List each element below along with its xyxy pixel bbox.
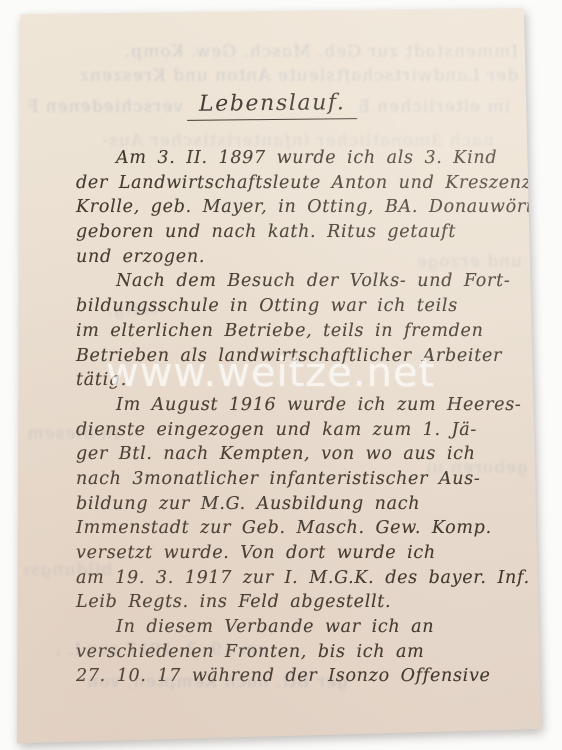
handwritten-line: dienste eingezogen und kam zum 1. Jä- [76,418,524,443]
handwritten-line: am 19. 3. 1917 zur I. M.G.K. des bayer. … [76,566,524,591]
handwritten-line: tätig. [76,368,524,393]
bleedthrough-line: verschiedenen Fronten, bis ich am [27,97,185,117]
handwritten-line: Krolle, geb. Mayer, in Otting, BA. Donau… [76,195,524,220]
handwritten-line: Im August 1916 wurde ich zum Heeres- [76,393,524,418]
document-page: Immenstadt zur Geb. Masch. Gew. Komp. de… [0,0,562,750]
bleedthrough-line: und erzogen. [417,252,524,272]
paper-shadow: Immenstadt zur Geb. Masch. Gew. Komp. de… [0,0,562,750]
handwritten-line: Betrieben als landwirtschaftlicher Arbei… [76,344,524,369]
handwritten-line: Nach dem Besuch der Volks- und Fort- [76,269,524,294]
handwritten-line: geboren und nach kath. Ritus getauft [76,220,524,245]
handwritten-line: Am 3. II. 1897 wurde ich als 3. Kind [76,146,524,171]
handwritten-line: der Landwirtschaftsleute Anton und Kresz… [76,171,524,196]
bleedthrough-line: geboren und nach kath. Ritus getauft [427,458,530,478]
bleedthrough-line: ger Btl. nach Kempten, von wo aus ich [87,672,350,692]
handwritten-line: In diesem Verbande war ich an [76,615,524,640]
document-title: Lebenslauf. [187,90,358,121]
bleedthrough-line: bildungsschule in Otting war ich teils [23,560,114,580]
handwritten-line: nach 3monatlicher infanteristischer Aus- [76,467,524,492]
handwritten-line: Immenstadt zur Geb. Masch. Gew. Komp. [76,516,524,541]
bleedthrough-line: der Landwirtschaftsleute Anton und Kresz… [57,66,520,86]
handwritten-body: Am 3. II. 1897 wurde ich als 3. Kind der… [76,146,524,689]
bleedthrough-line: Immenstadt zur Geb. Masch. Gew. Komp. [65,42,520,62]
handwritten-line: 27. 10. 17 während der Isonzo Offensive [76,664,524,689]
photo-of-document: Immenstadt zur Geb. Masch. Gew. Komp. de… [0,0,562,750]
handwritten-line: im elterlichen Betriebe, teils in fremde… [76,319,524,344]
handwritten-line: versetzt wurde. Von dort wurde ich [76,541,524,566]
handwritten-line: Leib Regts. ins Feld abgestellt. [76,590,524,615]
bleedthrough-line: nach 3monatlicher infanteristischer Aus- [83,131,496,151]
bleedthrough-line: im elterlichen Betriebe, teils in fremde… [359,97,512,117]
handwritten-line: und erzogen. [76,245,524,270]
handwritten-line: bildungsschule in Otting war ich teils [76,294,524,319]
handwritten-line: bildung zur M.G. Ausbildung nach [76,492,524,517]
bleedthrough-line: In diesem Verbande war ich an [23,424,122,444]
bleedthrough-line: tätig. [27,300,160,320]
handwritten-line: ger Btl. nach Kempten, von wo aus ich [76,442,524,467]
bleedthrough-line: am 19. 3. 1917 zur I. M.G.K. des bayer. … [57,640,270,660]
handwritten-line: verschiedenen Fronten, bis ich am [76,640,524,665]
